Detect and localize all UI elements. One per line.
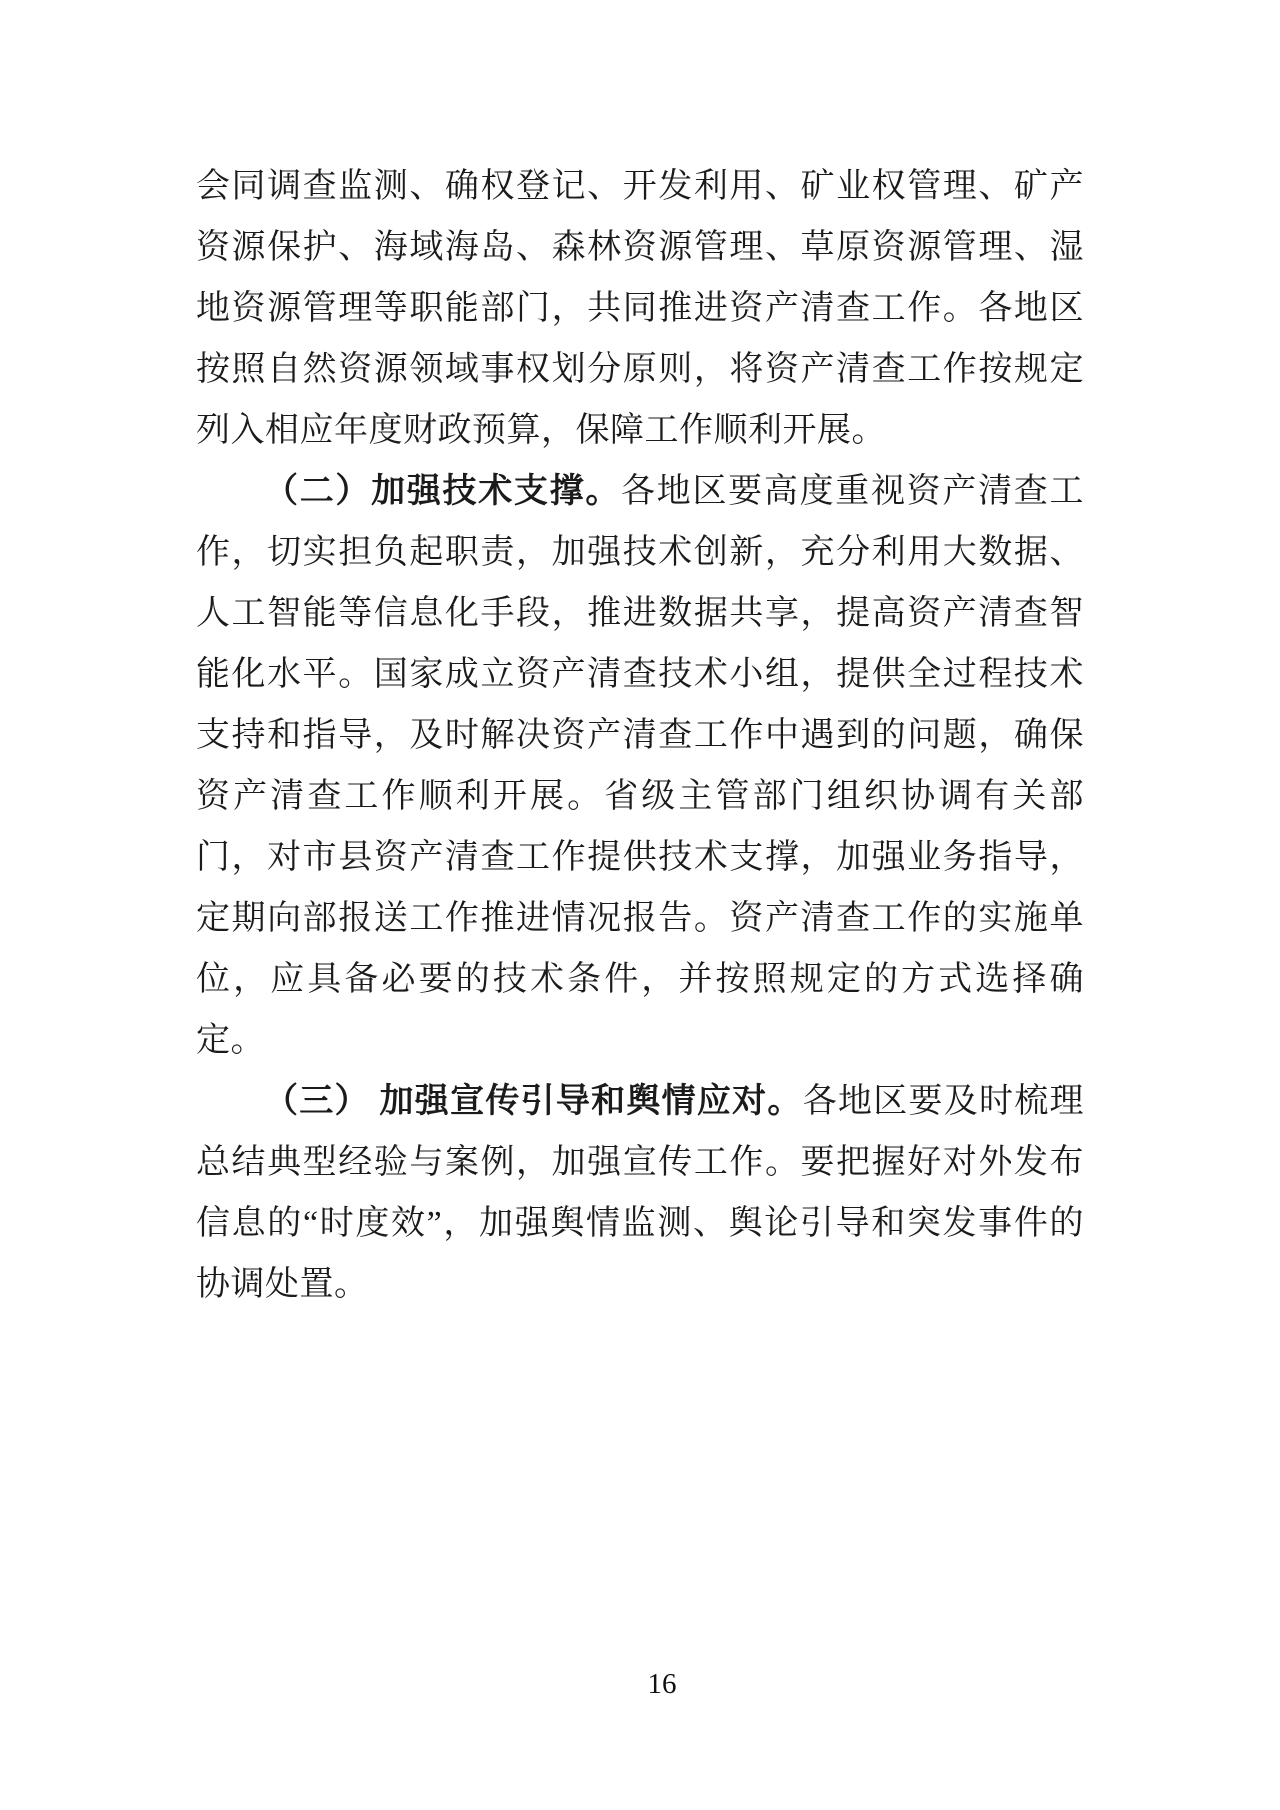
text-run: 会同调查监测、确权登记、开发利用、矿业权管理、矿产资源保护、海域海岛、森林资源管… [196, 168, 1084, 449]
document-page: 会同调查监测、确权登记、开发利用、矿业权管理、矿产资源保护、海域海岛、森林资源管… [0, 0, 1280, 1810]
paragraph: （三） 加强宣传引导和舆情应对。各地区要及时梳理总结典型经验与案例，加强宣传工作… [196, 1071, 1084, 1315]
paragraph: 会同调查监测、确权登记、开发利用、矿业权管理、矿产资源保护、海域海岛、森林资源管… [196, 156, 1084, 461]
section-heading-run: （三） 加强宣传引导和舆情应对。 [264, 1083, 803, 1120]
document-body: 会同调查监测、确权登记、开发利用、矿业权管理、矿产资源保护、海域海岛、森林资源管… [196, 156, 1084, 1315]
text-run: 各地区要高度重视资产清查工作，切实担负起职责，加强技术创新，充分利用大数据、人工… [196, 473, 1084, 1059]
page-number: 16 [0, 1668, 1280, 1700]
section-heading-run: （二）加强技术支撑。 [264, 473, 621, 510]
paragraph: （二）加强技术支撑。各地区要高度重视资产清查工作，切实担负起职责，加强技术创新，… [196, 461, 1084, 1071]
